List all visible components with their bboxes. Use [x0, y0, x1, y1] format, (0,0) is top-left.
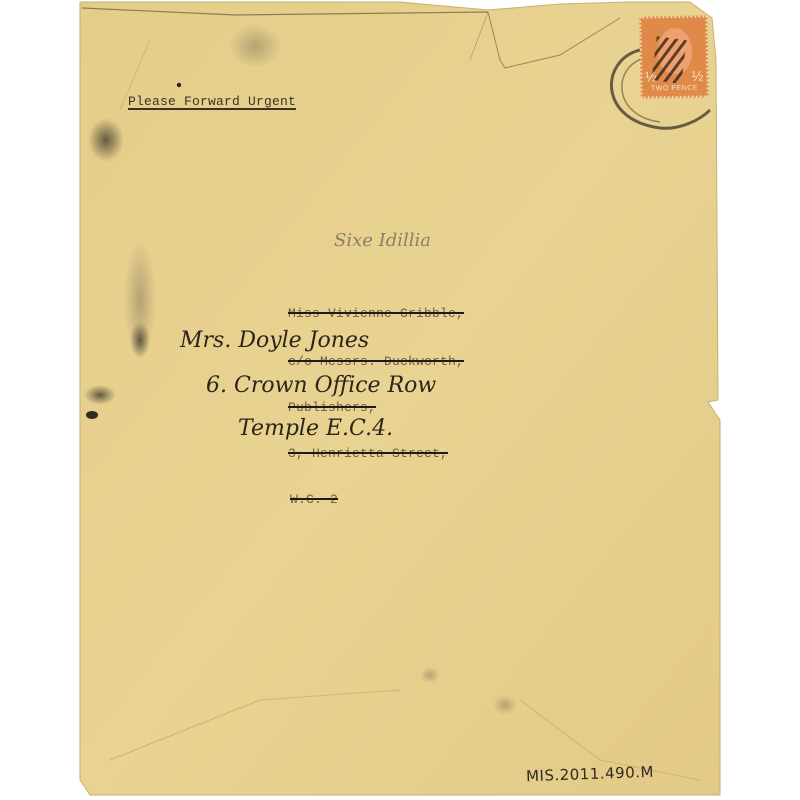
envelope-paper — [0, 0, 800, 800]
postage-stamp: ½ ½ TWO PENCE — [639, 15, 708, 98]
new-address-line-2: 6. Crown Office Row — [206, 373, 436, 398]
envelope: ½ ½ TWO PENCE Please Forward Urgent Sixe… — [0, 0, 800, 800]
new-address-line-3: Temple E.C.4. — [238, 416, 393, 441]
original-address-line-2: c/o Messrs. Duckworth, — [288, 354, 464, 369]
pencil-note: Sixe Idillia — [334, 230, 431, 251]
original-address-line-1: Miss Vivienne Gribble, — [288, 306, 464, 321]
original-address-line-3: Publishers, — [288, 400, 376, 415]
new-address-line-1: Mrs. Doyle Jones — [180, 328, 369, 353]
stamp-denomination: TWO PENCE — [642, 84, 706, 92]
original-address-line-4: 3, Henrietta Street, — [288, 446, 448, 461]
postmark-cancel-icon — [651, 36, 686, 83]
original-address-line-5: W.C. 2 — [290, 492, 338, 507]
stamp-value-right: ½ — [692, 67, 704, 83]
forward-note: Please Forward Urgent — [128, 94, 296, 109]
